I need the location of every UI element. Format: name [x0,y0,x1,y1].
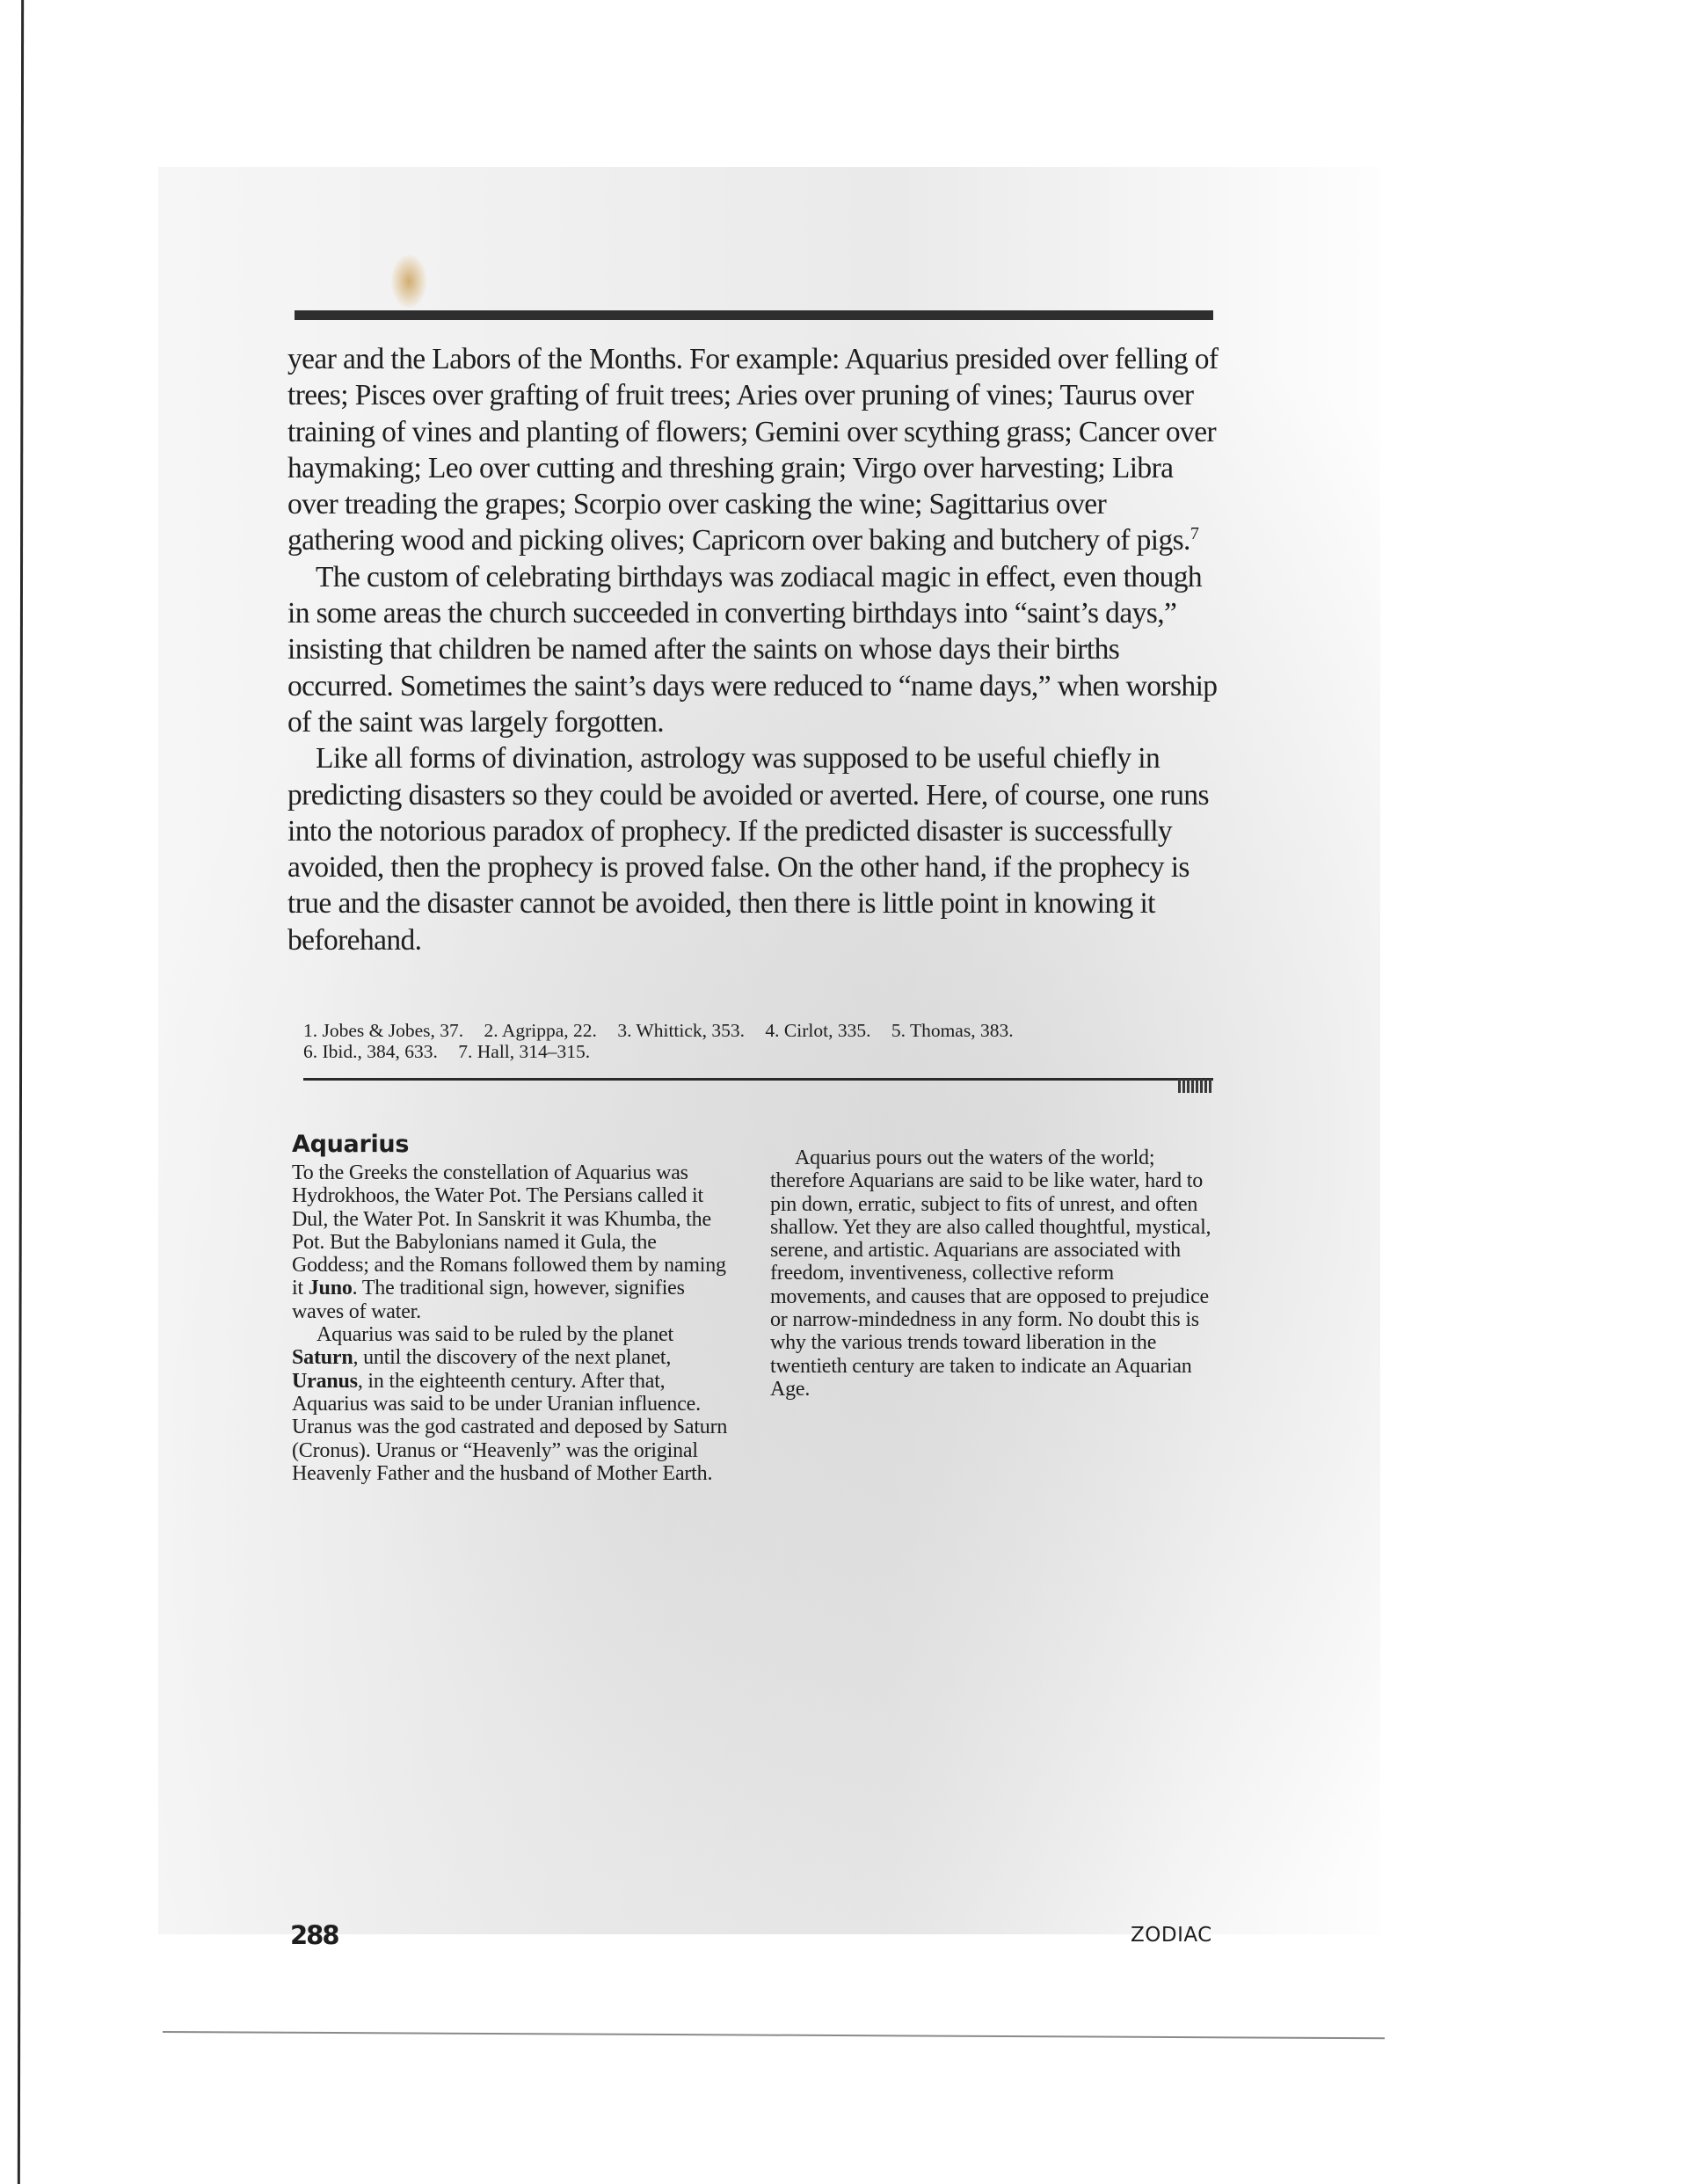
entry-paragraph: Aquarius pours out the waters of the wor… [770,1147,1214,1401]
emphasis-term: Saturn [292,1346,353,1369]
page-number: 288 [290,1920,338,1950]
entry-paragraph: To the Greeks the constellation of Aquar… [292,1161,731,1323]
entry-left-column: Aquarius To the Greeks the constellation… [292,1130,731,1485]
entry-heading: Aquarius [292,1130,731,1160]
body-paragraph: Like all forms of divination, astrology … [287,740,1219,958]
ink-blot [1178,1079,1213,1093]
footnote: 1. Jobes & Jobes, 37. [303,1020,463,1041]
body-paragraph: year and the Labors of the Months. For e… [287,341,1219,559]
footnote-line: 1. Jobes & Jobes, 37. 2. Agrippa, 22. 3.… [303,1020,1226,1041]
body-paragraph: The custom of celebrating birthdays was … [287,559,1219,740]
emphasis-term: Juno [309,1277,353,1299]
running-title: ZODIAC [1131,1924,1212,1947]
footnote: 7. Hall, 314–315. [458,1041,590,1062]
body-text: year and the Labors of the Months. For e… [287,341,1219,958]
footnote: 2. Agrippa, 22. [484,1020,597,1041]
scan-edge-line [18,0,24,2184]
footnotes: 1. Jobes & Jobes, 37. 2. Agrippa, 22. 3.… [303,1020,1226,1062]
entry-paragraph: Aquarius was said to be ruled by the pla… [292,1323,731,1485]
footnote: 5. Thomas, 383. [891,1020,1014,1041]
emphasis-term: Uranus [292,1370,358,1393]
paper-stain [391,255,426,308]
footnote: 3. Whittick, 353. [617,1020,745,1041]
footnote-reference: 7 [1190,524,1198,543]
footnote-line: 6. Ibid., 384, 633. 7. Hall, 314–315. [303,1041,1226,1062]
section-rule [303,1078,1213,1081]
footnote: 4. Cirlot, 335. [765,1020,870,1041]
page-bottom-edge [163,2031,1385,2039]
top-rule [295,310,1213,320]
footnote: 6. Ibid., 384, 633. [303,1041,438,1062]
entry-right-column: Aquarius pours out the waters of the wor… [770,1147,1214,1401]
